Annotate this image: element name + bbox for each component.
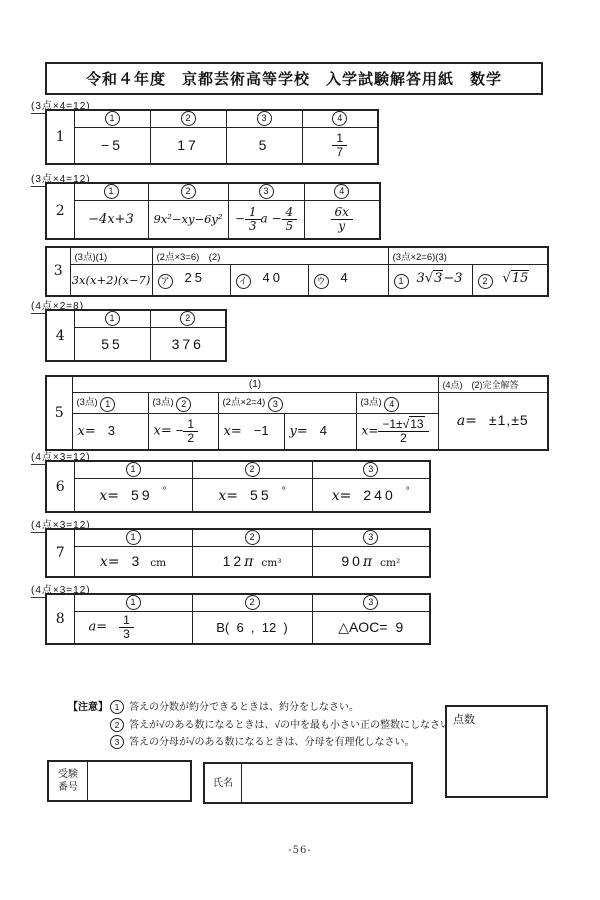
fraction: 17 [332, 132, 347, 158]
q7-col-header-1: 1 [74, 529, 192, 546]
square-root: √13 [403, 416, 425, 431]
q8-answer-3: △AOC=9 [312, 611, 430, 644]
fraction: 13 [119, 614, 134, 640]
circled-number-icon: 3 [363, 530, 378, 545]
q6-answer-1: x=59° [74, 478, 192, 512]
q2-col-header-3: 3 [228, 183, 304, 200]
q2-table: 2 1 2 3 4 −4x+3 9x²−xy−6y² −13a −45 6xy [45, 182, 381, 240]
q1-col-header-2: 2 [150, 110, 226, 127]
fraction: 13 [245, 206, 261, 232]
fraction: 6xy [331, 206, 353, 232]
q3-header-part2: (2点×3=6) (2) [152, 247, 388, 265]
q3-answer-5: 13√3−3 [388, 265, 472, 296]
q2-answer-2: 9x²−xy−6y² [148, 200, 228, 239]
unit-label: cm² [380, 557, 400, 569]
circled-number-icon: 3 [363, 462, 378, 477]
q8-col-header-3: 3 [312, 594, 430, 611]
circled-number-icon: 2 [245, 595, 260, 610]
q3-answer-2: ア25 [152, 265, 230, 296]
q3-header-part3: (3点×2=6)(3) [388, 247, 548, 265]
fraction: 12 [183, 418, 198, 444]
examinee-number-field[interactable] [88, 762, 190, 800]
q6-table: 6 1 2 3 x=59° x=55° x=240° [45, 460, 431, 513]
q8-row-number: 8 [46, 594, 74, 644]
q6-col-header-2: 2 [192, 461, 312, 478]
q7-answer-2: 12πcm³ [192, 546, 312, 577]
circled-number-icon: 2 [180, 311, 195, 326]
name-box: 氏名 [203, 762, 413, 804]
circled-number-icon: 4 [334, 184, 349, 199]
q2-col-header-4: 4 [304, 183, 380, 200]
q6-col-header-3: 3 [312, 461, 430, 478]
q1-col-header-3: 3 [226, 110, 302, 127]
q5-header-right: (4点) (2)完全解答 [438, 376, 548, 393]
q5-answer-1-2: x=−12 [148, 414, 218, 450]
note-line-2: 2 答えが√のある数になるときは、√の中を最も小さい正の整数にしなさい。 [68, 717, 460, 735]
circled-number-icon: 3 [257, 111, 272, 126]
note-text: 答えが√のある数になるときは、√の中を最も小さい正の整数にしなさい。 [129, 717, 460, 735]
circled-number-icon: 1 [105, 111, 120, 126]
q1-answer-2: 17 [150, 127, 226, 164]
q2-answer-1: −4x+3 [74, 200, 148, 239]
q3-answer-3: イ40 [230, 265, 308, 296]
q4-answer-2: 376 [150, 327, 226, 361]
q4-col-header-1: 1 [74, 310, 150, 327]
circled-number-icon: 3 [363, 595, 378, 610]
page-title: 令和４年度 京都芸術高等学校 入学試験解答用紙 数学 [45, 62, 543, 95]
circled-number-icon: 3 [259, 184, 274, 199]
circled-number-icon: 2 [478, 274, 493, 289]
q5-row-number: 5 [46, 376, 72, 450]
q3-row-number: 3 [46, 247, 70, 296]
q1-col-header-1: 1 [74, 110, 150, 127]
q7-table: 7 1 2 3 x=3cm 12πcm³ 90πcm² [45, 528, 431, 578]
circled-number-icon: 1 [105, 311, 120, 326]
circled-katakana-icon: イ [236, 274, 251, 289]
q8-answer-1: a=13 [74, 611, 192, 644]
q5-answer-1-3y: y=4 [284, 414, 356, 450]
q4-answer-1: 55 [74, 327, 150, 361]
note-line-3: 3 答えの分母が√のある数になるときは、分母を有理化しなさい。 [68, 734, 460, 752]
q5-subheader-1: (3点) 1 [72, 393, 148, 414]
circled-number-icon: 4 [332, 111, 347, 126]
q1-row-number: 1 [46, 110, 74, 164]
q5-header-group: (1) [72, 376, 438, 393]
fraction: −1±√132 [378, 418, 428, 444]
circled-number-icon: 1 [126, 595, 141, 610]
q8-col-header-1: 1 [74, 594, 192, 611]
q3-header-part1: (3点)(1) [70, 247, 152, 265]
circled-number-icon: 2 [176, 397, 191, 412]
q1-answer-1: −5 [74, 127, 150, 164]
degree-symbol: ° [406, 486, 410, 497]
q5-subheader-2: (3点) 2 [148, 393, 218, 414]
q8-table: 8 1 2 3 a=13 B( 6 , 12 ) △AOC=9 [45, 593, 431, 645]
note-text: 答えの分数が約分できるときは、約分をしなさい。 [129, 699, 359, 717]
circled-number-icon: 2 [110, 718, 124, 732]
q1-col-header-4: 4 [302, 110, 378, 127]
q5-table: 5 (1) (4点) (2)完全解答 (3点) 1 (3点) 2 (2点×2=4… [45, 375, 549, 451]
circled-number-icon: 1 [104, 184, 119, 199]
notes-block: 【注意】 1 答えの分数が約分できるときは、約分をしなさい。 2 答えが√のある… [68, 699, 460, 752]
q5-answer-1-4: x=−1±√132 [356, 414, 438, 450]
circled-number-icon: 1 [126, 530, 141, 545]
title-text: 令和４年度 京都芸術高等学校 入学試験解答用紙 数学 [86, 68, 502, 89]
answer-sheet: 令和４年度 京都芸術高等学校 入学試験解答用紙 数学 (3点×4=12) 1 1… [0, 0, 600, 900]
q8-col-header-2: 2 [192, 594, 312, 611]
q5-answer-1-3x: x=−1 [218, 414, 284, 450]
q1-table: 1 1 2 3 4 −5 17 5 17 [45, 109, 379, 165]
q7-answer-1: x=3cm [74, 546, 192, 577]
q7-col-header-3: 3 [312, 529, 430, 546]
q3-answer-6: 2√15 [472, 265, 548, 296]
q5-answer-1-1: x=3 [72, 414, 148, 450]
q1-answer-3: 5 [226, 127, 302, 164]
q3-table: 3 (3点)(1) (2点×3=6) (2) (3点×2=6)(3) 3x(x+… [45, 246, 549, 297]
q2-col-header-1: 1 [74, 183, 148, 200]
q2-col-header-2: 2 [148, 183, 228, 200]
circled-katakana-icon: ア [158, 274, 173, 289]
square-root: √15 [503, 270, 530, 286]
q6-row-number: 6 [46, 461, 74, 512]
q4-col-header-2: 2 [150, 310, 226, 327]
q2-answer-3: −13a −45 [228, 200, 304, 239]
q5-answer-2: a=±1,±5 [438, 393, 548, 450]
name-field[interactable] [242, 764, 411, 802]
circled-number-icon: 2 [181, 184, 196, 199]
circled-number-icon: 2 [245, 530, 260, 545]
examinee-number-label: 受験 番号 [49, 762, 88, 800]
notes-heading: 【注意】 [68, 699, 110, 717]
q2-answer-4: 6xy [304, 200, 380, 239]
q7-col-header-2: 2 [192, 529, 312, 546]
note-text: 答えの分母が√のある数になるときは、分母を有理化しなさい。 [129, 734, 415, 752]
square-root: √3 [425, 270, 444, 286]
q5-subheader-4: (3点) 4 [356, 393, 438, 414]
q1-answer-4: 17 [302, 127, 378, 164]
q6-col-header-1: 1 [74, 461, 192, 478]
circled-katakana-icon: ウ [314, 274, 329, 289]
circled-number-icon: 4 [384, 397, 399, 412]
name-label: 氏名 [205, 764, 242, 802]
score-box: 点数 [445, 705, 548, 798]
circled-number-icon: 3 [110, 735, 124, 749]
circled-number-icon: 2 [245, 462, 260, 477]
q5-subheader-3: (2点×2=4) 3 [218, 393, 356, 414]
circled-number-icon: 1 [126, 462, 141, 477]
q7-row-number: 7 [46, 529, 74, 577]
q4-table: 4 1 2 55 376 [45, 309, 227, 362]
fraction: 45 [282, 206, 298, 232]
degree-symbol: ° [282, 486, 286, 497]
unit-label: cm³ [261, 557, 281, 569]
circled-number-icon: 1 [110, 700, 124, 714]
q3-answer-1: 3x(x+2)(x−7) [70, 265, 152, 296]
q8-answer-2: B( 6 , 12 ) [192, 611, 312, 644]
q4-row-number: 4 [46, 310, 74, 361]
circled-number-icon: 2 [181, 111, 196, 126]
circled-number-icon: 3 [268, 397, 283, 412]
q7-answer-3: 90πcm² [312, 546, 430, 577]
circled-number-icon: 1 [394, 274, 409, 289]
q2-row-number: 2 [46, 183, 74, 239]
degree-symbol: ° [163, 486, 167, 497]
q3-answer-4: ウ4 [308, 265, 388, 296]
page-number: -56- [0, 845, 600, 856]
examinee-number-box: 受験 番号 [47, 760, 192, 802]
q6-answer-3: x=240° [312, 478, 430, 512]
note-line-1: 【注意】 1 答えの分数が約分できるときは、約分をしなさい。 [68, 699, 460, 717]
circled-number-icon: 1 [100, 397, 115, 412]
score-label: 点数 [453, 714, 475, 726]
unit-label: cm [150, 557, 166, 569]
q6-answer-2: x=55° [192, 478, 312, 512]
